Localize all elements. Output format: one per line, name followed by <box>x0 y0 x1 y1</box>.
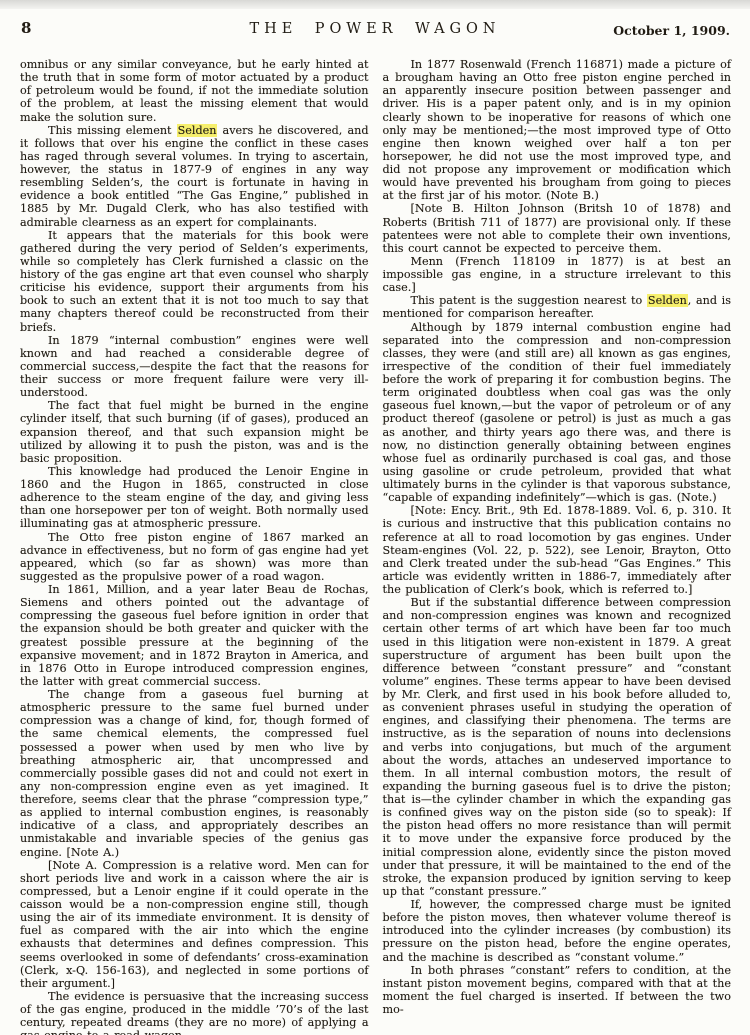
left-column: omnibus or any similar conveyance, but h… <box>20 58 369 1035</box>
paragraph: But if the substantial difference betwee… <box>383 596 732 898</box>
paragraph: The evidence is persuasive that the incr… <box>20 990 369 1035</box>
paragraph: The Otto free piston engine of 1867 mark… <box>20 531 369 584</box>
paragraph: In 1861, Million, and a year later Beau … <box>20 583 369 688</box>
scan-edge-artifact <box>0 0 750 9</box>
paragraph: This patent is the suggestion nearest to… <box>383 294 732 320</box>
paragraph: If, however, the compressed charge must … <box>383 898 732 964</box>
paragraph: Menn (French 118109 in 1877) is at best … <box>383 255 732 294</box>
paragraph: [Note: Ency. Brit., 9th Ed. 1878-1889. V… <box>383 504 732 596</box>
right-column: In 1877 Rosenwald (French 116871) made a… <box>383 58 732 1035</box>
paragraph: omnibus or any similar conveyance, but h… <box>20 58 369 124</box>
paragraph: In 1877 Rosenwald (French 116871) made a… <box>383 58 732 202</box>
text-columns: omnibus or any similar conveyance, but h… <box>20 58 731 1035</box>
paragraph: [Note A. Compression is a relative word.… <box>20 859 369 990</box>
paragraph: The fact that fuel might be burned in th… <box>20 399 369 465</box>
paragraph: It appears that the materials for this b… <box>20 229 369 334</box>
issue-date: October 1, 1909. <box>613 23 730 38</box>
paragraph: In 1879 “internal combustion” engines we… <box>20 334 369 400</box>
page-header: 8 THE POWER WAGON October 1, 1909. <box>0 17 750 43</box>
paragraph: This missing element Selden avers he dis… <box>20 124 369 229</box>
paragraph: [Note B. Hilton Johnson (Britsh 10 of 18… <box>383 202 732 255</box>
highlighted-term: Selden <box>647 294 688 307</box>
highlighted-term: Selden <box>177 124 218 137</box>
document-page: 8 THE POWER WAGON October 1, 1909. omnib… <box>0 0 750 1035</box>
paragraph: Although by 1879 internal combustion eng… <box>383 321 732 505</box>
paragraph: In both phrases “constant” refers to con… <box>383 964 732 1017</box>
paragraph: This knowledge had produced the Lenoir E… <box>20 465 369 531</box>
paragraph: The change from a gaseous fuel burning a… <box>20 688 369 859</box>
